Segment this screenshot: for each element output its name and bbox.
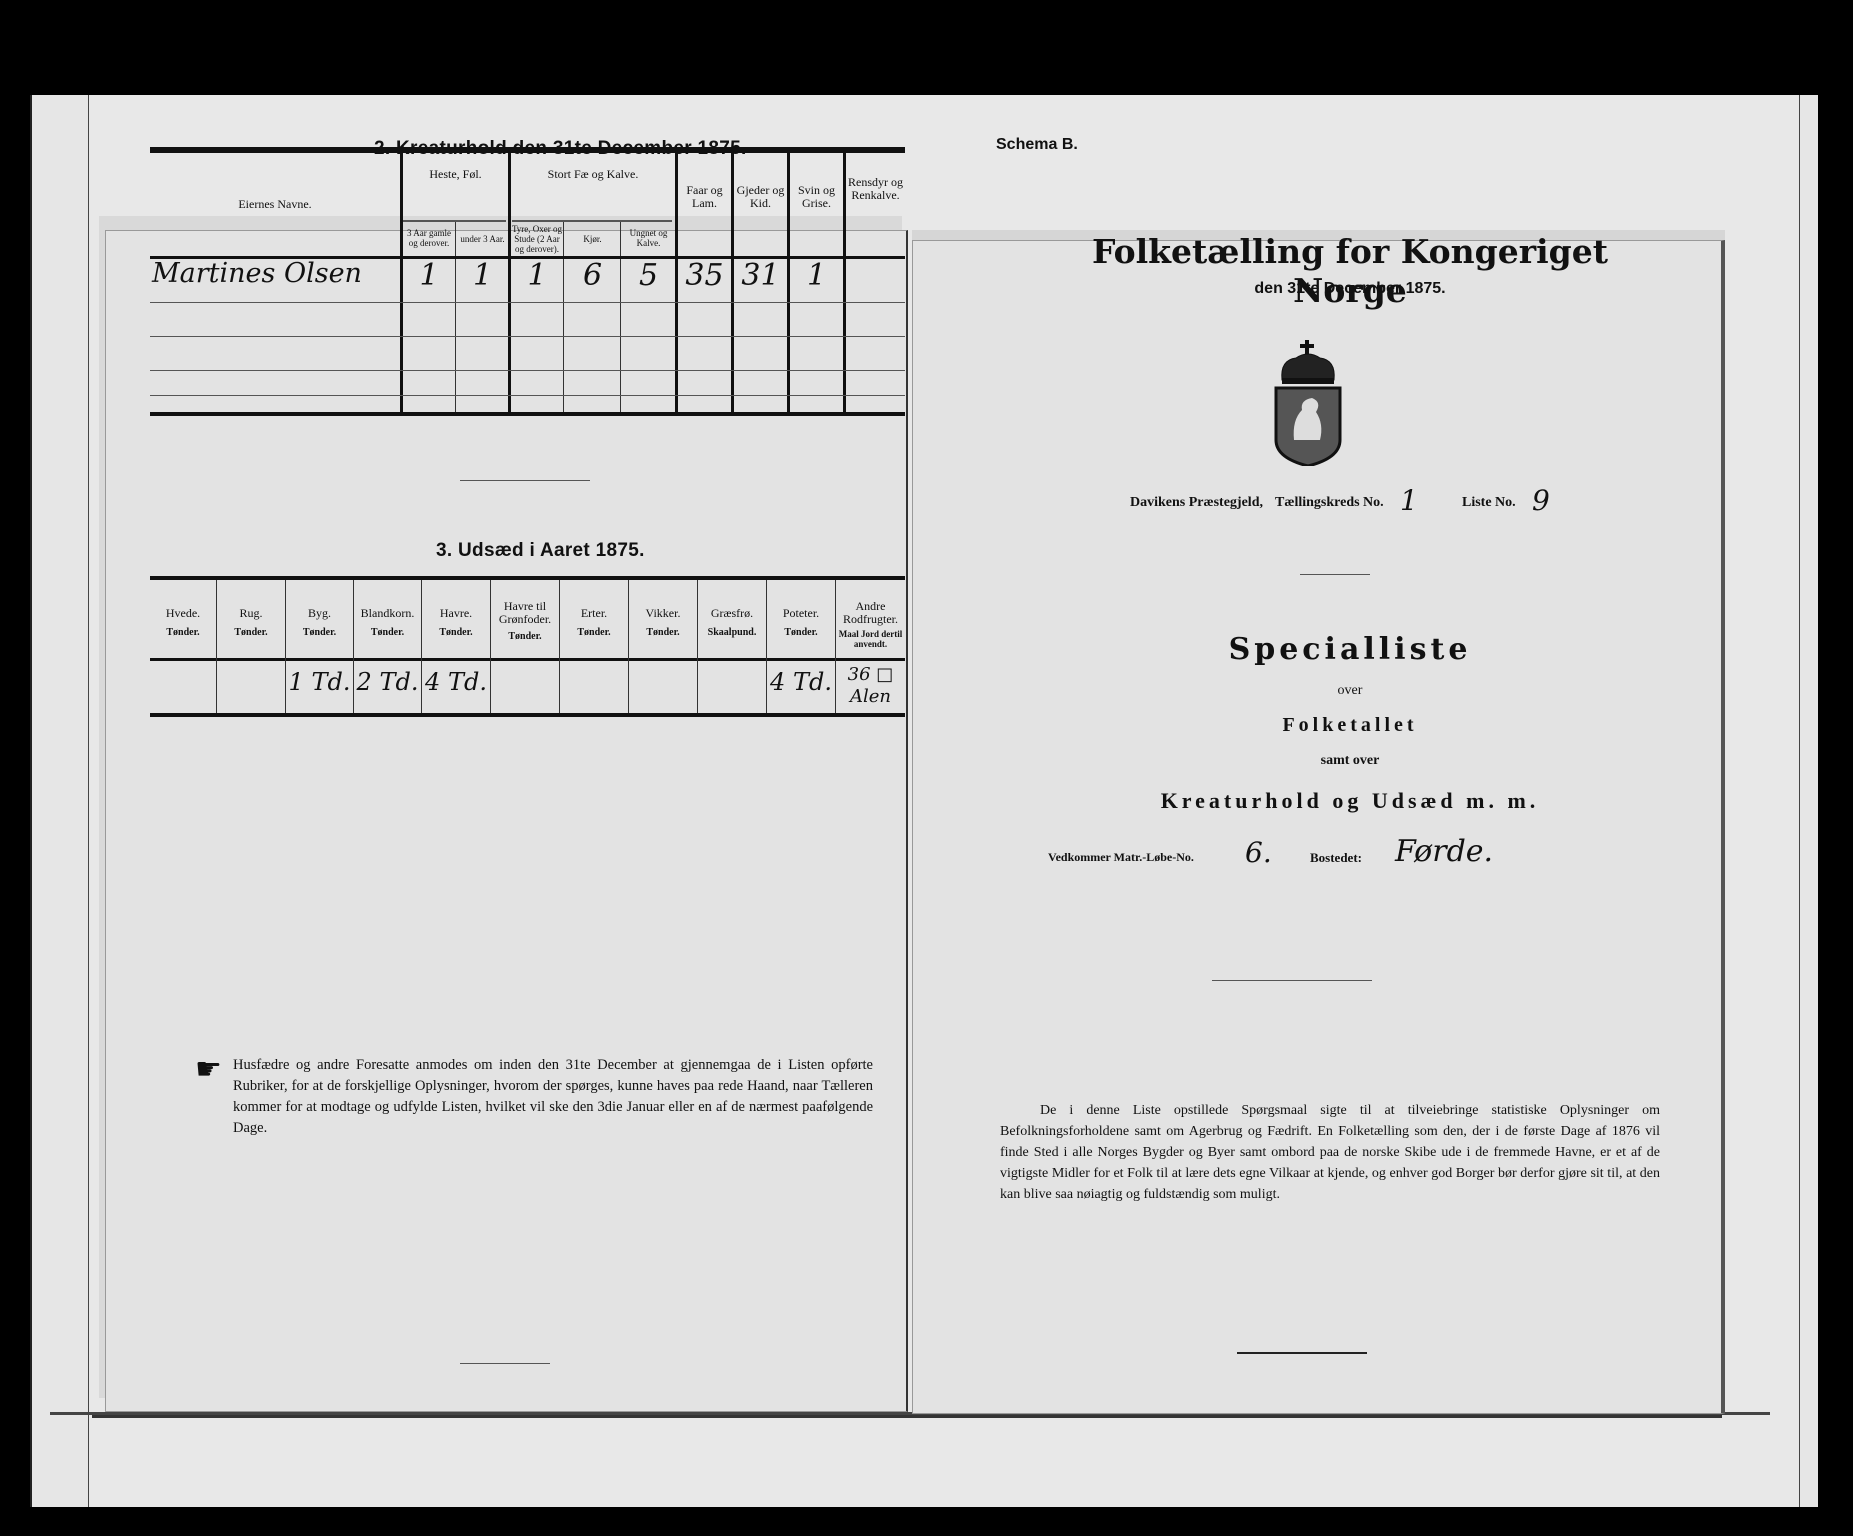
divider: [460, 480, 590, 481]
section3-title: 3. Udsæd i Aaret 1875.: [436, 540, 645, 562]
col-owner: Eiernes Navne.: [150, 198, 400, 211]
potatoes-value: 4 Td.: [767, 668, 835, 696]
pointing-hand-icon: ☛: [195, 1055, 222, 1085]
goats-value: 31: [734, 258, 787, 293]
divider: [1237, 1352, 1367, 1354]
col-reindeer: Rensdyr og Renkalve.: [846, 176, 905, 202]
cattle-bulls-value: 1: [511, 258, 563, 293]
col-horses-under3: under 3 Aar.: [457, 234, 508, 244]
counting-district-label: Tællingskreds No.: [1275, 495, 1384, 511]
col-other-roots: Andre Rodfrugter.Maal Jord dertil anvend…: [836, 600, 905, 649]
cattle-young-value: 5: [622, 258, 675, 293]
left-notice: Husfædre og andre Foresatte anmodes om i…: [233, 1055, 873, 1139]
divider: [1212, 980, 1372, 981]
place-value: Førde.: [1395, 834, 1493, 869]
col-oats: Havre.Tønder.: [422, 607, 490, 639]
matr-value: 6.: [1245, 836, 1272, 869]
col-barley: Byg.Tønder.: [286, 607, 353, 639]
col-grass-seed: Græsfrø.Skaalpund.: [698, 607, 766, 639]
document-date: den 31te December 1875.: [1040, 280, 1660, 298]
over-label: over: [1040, 683, 1660, 699]
barley-value: 1 Td.: [286, 668, 353, 696]
also-over-label: samt over: [1040, 753, 1660, 769]
col-mixed-grain: Blandkorn.Tønder.: [354, 607, 421, 639]
col-cattle-cows: Kjør.: [565, 234, 620, 244]
specialliste-heading: Specialliste: [1040, 632, 1660, 667]
divider: [460, 1363, 550, 1364]
col-cattle-group: Stort Fæ og Kalve.: [511, 168, 675, 181]
right-notice: De i denne Liste opstillede Spørgsmaal s…: [1000, 1100, 1660, 1205]
matr-label: Vedkommer Matr.-Løbe-No.: [1048, 850, 1194, 865]
horses-under3-value: 1: [457, 258, 508, 293]
page-bottom-edge: [92, 1415, 1722, 1418]
livestock-sowing-label: Kreaturhold og Udsæd m. m.: [1040, 788, 1660, 814]
owner-name: Martines Olsen: [152, 258, 392, 289]
cattle-cows-value: 6: [565, 258, 620, 293]
norwegian-coat-of-arms-icon: [1272, 340, 1344, 471]
document-title: Folketælling for Kongeriget Norge: [1040, 232, 1660, 310]
schema-label: Schema B.: [996, 136, 1078, 154]
list-value: 9: [1532, 484, 1550, 517]
sheep-value: 35: [678, 258, 731, 293]
list-label: Liste No.: [1462, 495, 1516, 511]
col-cattle-bulls: Tyre, Oxer og Stude (2 Aar og derover).: [511, 224, 563, 254]
place-label: Bostedet:: [1310, 850, 1362, 866]
col-vetch: Vikker.Tønder.: [629, 607, 697, 639]
pigs-value: 1: [790, 258, 843, 293]
col-oats-fodder: Havre til Grønfoder.Tønder.: [491, 600, 559, 643]
other-roots-value: 36 □ Alen: [836, 664, 905, 708]
divider: [1300, 574, 1370, 575]
counting-district-value: 1: [1400, 484, 1418, 517]
horses-3plus-value: 1: [403, 258, 455, 293]
col-rye: Rug.Tønder.: [217, 607, 285, 639]
col-pigs: Svin og Grise.: [790, 184, 843, 210]
col-horses-3plus: 3 Aar gamle og derover.: [403, 228, 455, 248]
oats-value: 4 Td.: [422, 668, 490, 696]
col-goats: Gjeder og Kid.: [734, 184, 787, 210]
col-cattle-young: Ungnet og Kalve.: [622, 228, 675, 248]
parish-name: Davikens Præstegjeld,: [1130, 495, 1263, 511]
col-wheat: Hvede.Tønder.: [150, 607, 216, 639]
population-label: Folketallet: [1040, 714, 1660, 737]
col-potatoes: Poteter.Tønder.: [767, 607, 835, 639]
col-sheep: Faar og Lam.: [678, 184, 731, 210]
col-peas: Erter.Tønder.: [560, 607, 628, 639]
mixed-grain-value: 2 Td.: [354, 668, 421, 696]
col-horses-group: Heste, Føl.: [403, 168, 508, 181]
